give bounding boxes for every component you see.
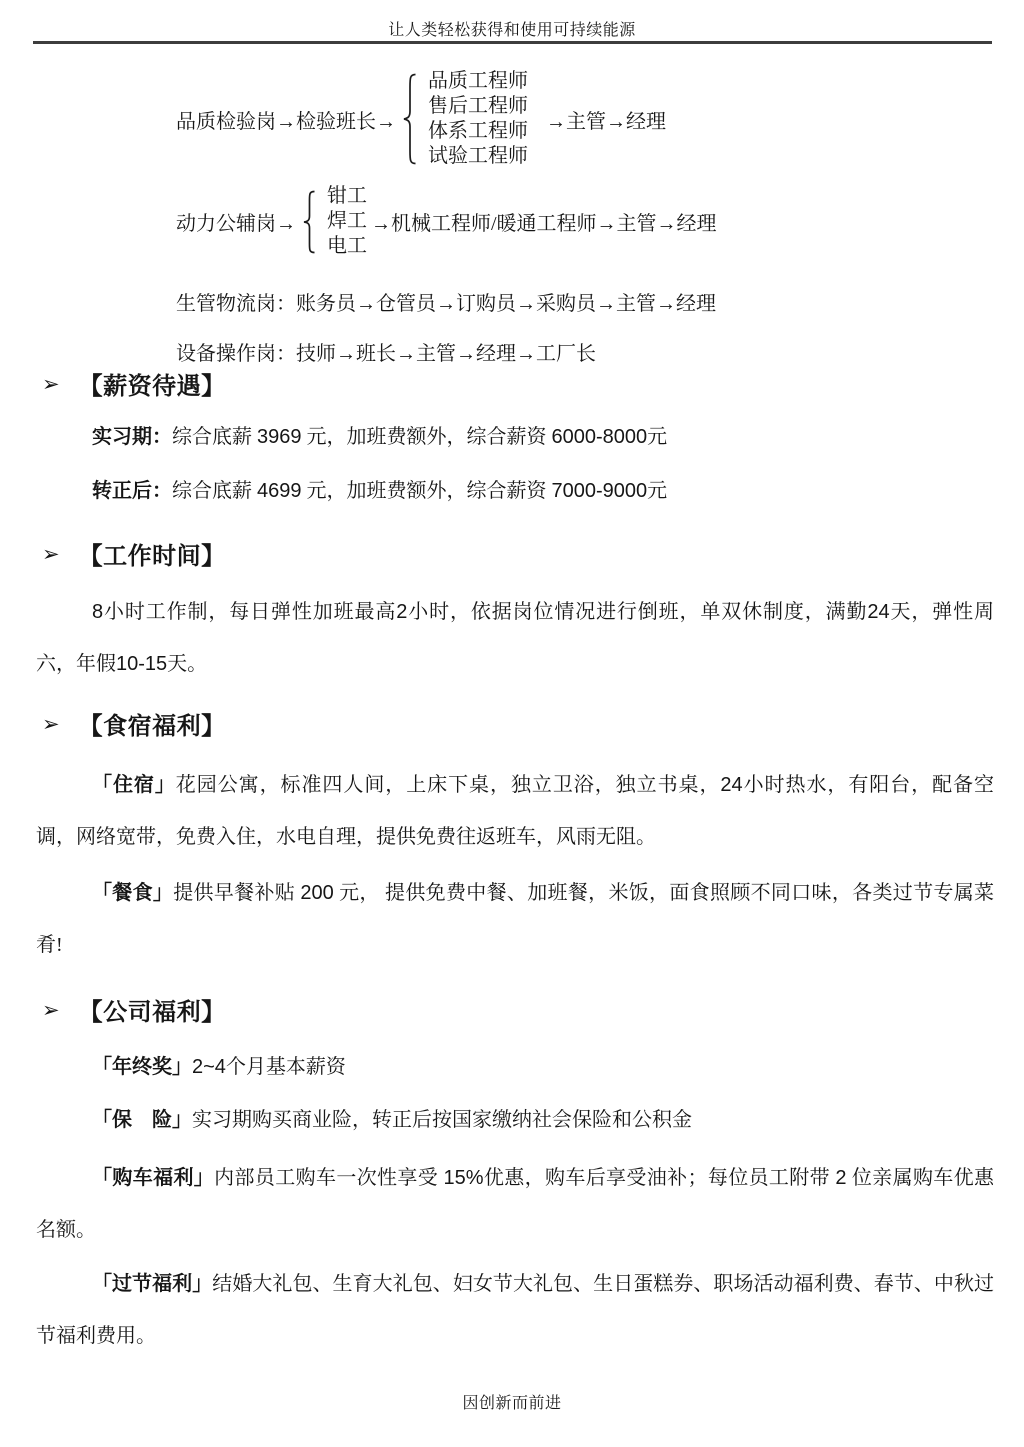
section-heading-salary: ➢ 【薪资待遇】 (42, 366, 226, 401)
section-heading-board-lodging: ➢ 【食宿福利】 (42, 706, 226, 741)
left-brace-icon (302, 190, 316, 254)
section-title: 【食宿福利】 (79, 706, 226, 741)
org-group-utility: 动力公辅岗→ 钳工 焊工 电工 →机械工程师/暖通工程师→主管→经理 (176, 184, 717, 259)
section-heading-working-hours: ➢ 【工作时间】 (42, 536, 226, 571)
header-slogan: 让人类轻松获得和使用可持续能源 (0, 17, 1024, 40)
org-branch-list: 钳工 焊工 电工 (327, 184, 367, 259)
org-branch-item: 售后工程师 (428, 94, 528, 119)
footer-slogan: 因创新而前进 (0, 1390, 1024, 1413)
org-branch-item: 钳工 (327, 184, 367, 209)
org-branch-item: 品质工程师 (428, 69, 528, 94)
section-title: 【工作时间】 (79, 536, 226, 571)
annual-bonus-line: 「年终奖」2~4个月基本薪资 (36, 1051, 994, 1083)
housing-paragraph: 「住宿」花园公寓，标准四人间，上床下桌，独立卫浴，独立书桌，24小时热水，有阳台… (36, 759, 994, 863)
org-group-quality-inspection: 品质检验岗→检验班长→ 品质工程师 售后工程师 体系工程师 试验工程师 →主管→… (176, 69, 666, 169)
org-branch-item: 焊工 (327, 209, 367, 234)
org-suffix: →机械工程师/暖通工程师→主管→经理 (371, 207, 717, 236)
org-prefix: 品质检验岗→检验班长→ (176, 105, 396, 134)
arrow-bullet-icon: ➢ (42, 374, 60, 395)
org-branch-item: 试验工程师 (428, 144, 528, 169)
meals-paragraph: 「餐食」提供早餐补贴 200 元， 提供免费中餐、加班餐，米饭，面食照顾不同口味… (36, 867, 994, 971)
arrow-bullet-icon: ➢ (42, 1000, 60, 1021)
working-hours-paragraph: 8小时工作制，每日弹性加班最高2小时，依据岗位情况进行倒班，单双休制度，满勤24… (36, 586, 994, 690)
arrow-bullet-icon: ➢ (42, 544, 60, 565)
left-brace-icon (402, 73, 417, 165)
org-branch-list: 品质工程师 售后工程师 体系工程师 试验工程师 (428, 69, 528, 169)
salary-regular-line: 转正后：综合底薪 4699 元，加班费额外，综合薪资 7000-9000元 (36, 475, 994, 507)
document-page: 让人类轻松获得和使用可持续能源 品质检验岗→检验班长→ 品质工程师 售后工程师 … (0, 0, 1024, 1447)
salary-intern-line: 实习期：综合底薪 3969 元，加班费额外，综合薪资 6000-8000元 (36, 421, 994, 453)
festival-benefits-paragraph: 「过节福利」结婚大礼包、生育大礼包、妇女节大礼包、生日蛋糕券、职场活动福利费、春… (36, 1258, 994, 1362)
org-prefix: 动力公辅岗→ (176, 207, 296, 236)
arrow-bullet-icon: ➢ (42, 714, 60, 735)
car-purchase-paragraph: 「购车福利」内部员工购车一次性享受 15%优惠，购车后享受油补；每位员工附带 2… (36, 1152, 994, 1256)
header-rule (33, 41, 992, 44)
org-branch-item: 体系工程师 (428, 119, 528, 144)
org-suffix: →主管→经理 (546, 105, 666, 134)
section-title: 【公司福利】 (79, 992, 226, 1027)
org-line-equipment: 设备操作岗：技师→班长→主管→经理→工厂长 (176, 337, 596, 366)
org-line-logistics: 生管物流岗：账务员→仓管员→订购员→采购员→主管→经理 (176, 287, 716, 316)
section-heading-company-benefits: ➢ 【公司福利】 (42, 992, 226, 1027)
org-branch-item: 电工 (327, 234, 367, 259)
section-title: 【薪资待遇】 (79, 366, 226, 401)
insurance-line: 「保 险」实习期购买商业险，转正后按国家缴纳社会保险和公积金 (36, 1104, 994, 1136)
